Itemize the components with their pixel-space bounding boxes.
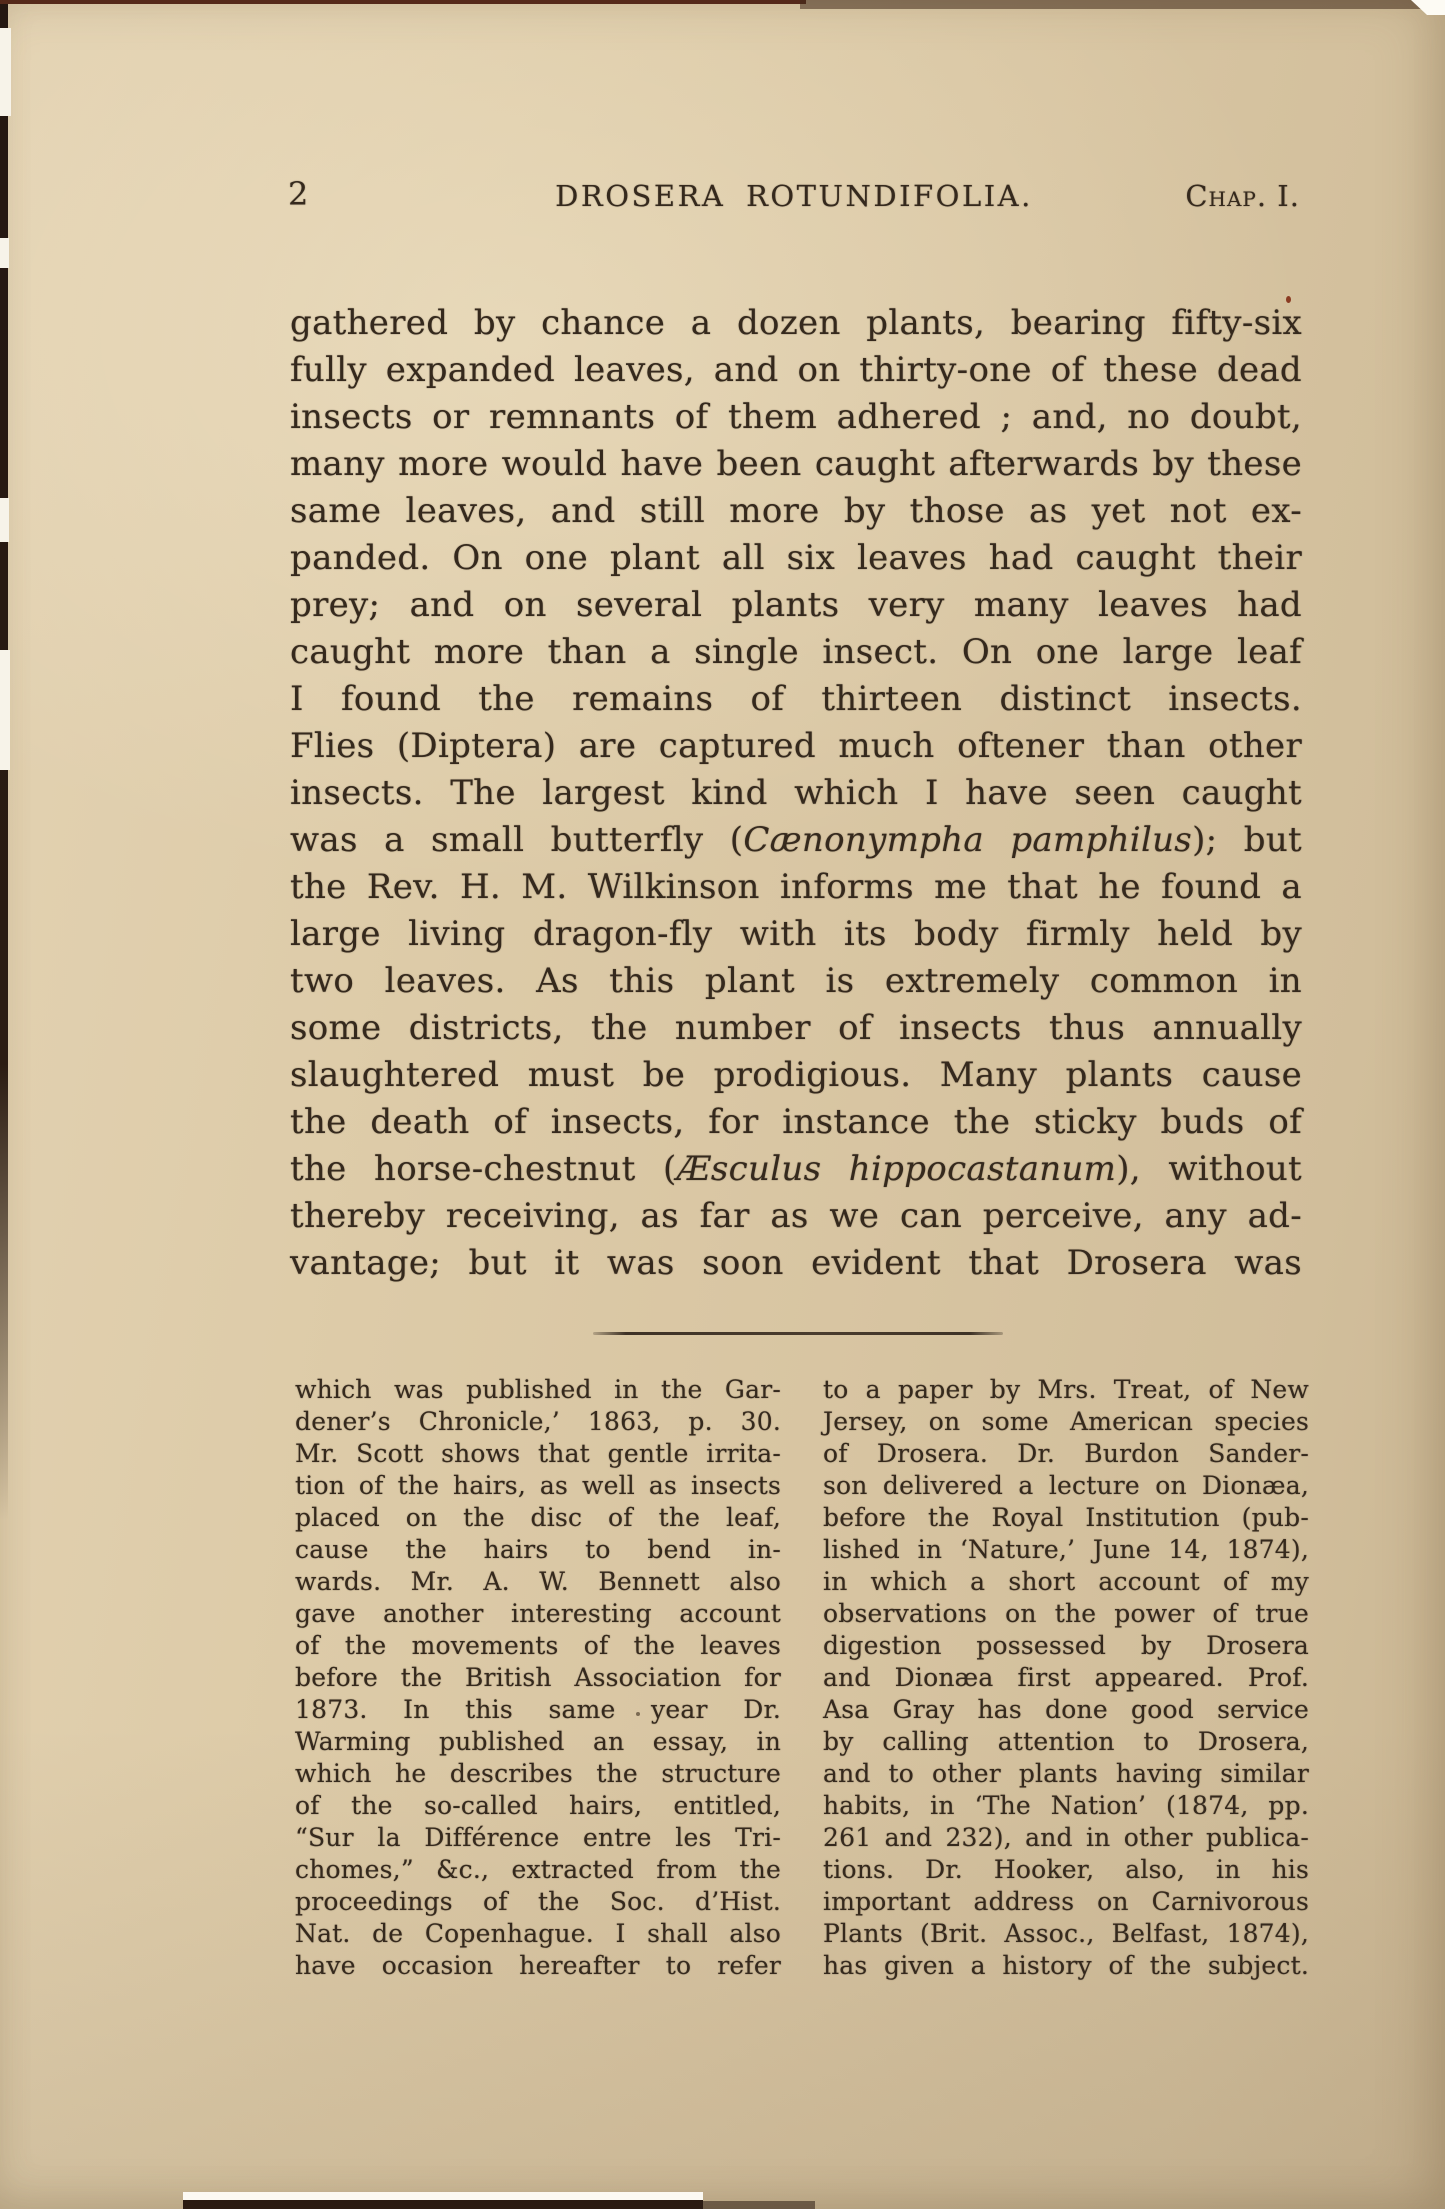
main-paragraph: gathered by chance a dozen plants, beari…	[290, 300, 1302, 1287]
text-line: by calling attention to Drosera,	[823, 1726, 1309, 1758]
text-line: dener’s Chronicle,’ 1863, p. 30.	[295, 1406, 781, 1438]
text-line: tions. Dr. Hooker, also, in his	[823, 1854, 1309, 1886]
text-line: the horse-chestnut (Æsculus hippocastanu…	[290, 1146, 1302, 1193]
chapter-label: Chap. I.	[1185, 178, 1300, 214]
text-line: the Rev. H. M. Wilkinson informs me that…	[290, 864, 1302, 911]
text-line: lished in ‘Nature,’ June 14, 1874),	[823, 1534, 1309, 1566]
footnote-separator	[593, 1332, 1003, 1335]
text-line: Asa Gray has done good service	[823, 1694, 1309, 1726]
text-line: digestion possessed by Drosera	[823, 1630, 1309, 1662]
text-line: caught more than a single insect. On one…	[290, 629, 1302, 676]
text-line: Nat. de Copenhague. I shall also	[295, 1918, 781, 1950]
book-page-scan: 2 DROSERA ROTUNDIFOLIA. Chap. I. gathere…	[0, 0, 1445, 2209]
text-line: observations on the power of true	[823, 1598, 1309, 1630]
text-line: son delivered a lecture on Dionæa,	[823, 1470, 1309, 1502]
text-line: many more would have been caught afterwa…	[290, 441, 1302, 488]
footnote: which was published in the Gar-dener’s C…	[295, 1374, 1309, 1982]
scan-edge-gap	[0, 238, 9, 268]
text-line: cause the hairs to bend in-	[295, 1534, 781, 1566]
scan-edge-top-right	[800, 0, 1445, 9]
text-line: some districts, the number of insects th…	[290, 1005, 1302, 1052]
text-line: chomes,” &c., extracted from the	[295, 1854, 781, 1886]
running-title: DROSERA ROTUNDIFOLIA.	[555, 178, 1033, 214]
text-line: Flies (Diptera) are captured much oftene…	[290, 723, 1302, 770]
text-line: and to other plants having similar	[823, 1758, 1309, 1790]
text-line: slaughtered must be prodigious. Many pla…	[290, 1052, 1302, 1099]
text-line: tion of the hairs, as well as insects	[295, 1470, 781, 1502]
text-line: habits, in ‘The Nation’ (1874, pp.	[823, 1790, 1309, 1822]
text-line: 1873. In this same year Dr.	[295, 1694, 781, 1726]
text-line: has given a history of the subject.	[823, 1950, 1309, 1982]
text-line: large living dragon-fly with its body fi…	[290, 911, 1302, 958]
text-line: and Dionæa first appeared. Prof.	[823, 1662, 1309, 1694]
footnote-left-column: which was published in the Gar-dener’s C…	[295, 1374, 781, 1982]
text-line: of the so-called hairs, entitled,	[295, 1790, 781, 1822]
text-line: Warming published an essay, in	[295, 1726, 781, 1758]
text-line: of the movements of the leaves	[295, 1630, 781, 1662]
text-line: insects. The largest kind which I have s…	[290, 770, 1302, 817]
scan-edge-bottom-dark	[183, 2200, 703, 2209]
text-line: two leaves. As this plant is extremely c…	[290, 958, 1302, 1005]
text-line: placed on the disc of the leaf,	[295, 1502, 781, 1534]
text-line: panded. On one plant all six leaves had …	[290, 535, 1302, 582]
text-line: Mr. Scott shows that gentle irrita-	[295, 1438, 781, 1470]
running-head: 2 DROSERA ROTUNDIFOLIA. Chap. I.	[288, 176, 1300, 216]
text-line: which he describes the structure	[295, 1758, 781, 1790]
text-line: vantage; but it was soon evident that Dr…	[290, 1240, 1302, 1287]
text-line: same leaves, and still more by those as …	[290, 488, 1302, 535]
scan-edge-gap	[0, 498, 9, 542]
scan-speck	[1286, 296, 1291, 303]
text-line: which was published in the Gar-	[295, 1374, 781, 1406]
text-line: to a paper by Mrs. Treat, of New	[823, 1374, 1309, 1406]
text-line: the death of insects, for instance the s…	[290, 1099, 1302, 1146]
scan-edge-gap	[0, 650, 10, 770]
scan-edge-top	[0, 0, 806, 4]
text-line: insects or remnants of them adhered ; an…	[290, 394, 1302, 441]
scan-speck	[636, 1712, 640, 1716]
text-line: was a small butterfly (Cænonympha pamphi…	[290, 817, 1302, 864]
text-line: gave another interesting account	[295, 1598, 781, 1630]
page-number: 2	[288, 176, 308, 212]
text-line: prey; and on several plants very many le…	[290, 582, 1302, 629]
scan-edge-gap	[0, 28, 11, 116]
text-line: gathered by chance a dozen plants, beari…	[290, 300, 1302, 347]
text-line: before the Royal Institution (pub-	[823, 1502, 1309, 1534]
text-line: before the British Association for	[295, 1662, 781, 1694]
text-line: “Sur la Différence entre les Tri-	[295, 1822, 781, 1854]
text-line: of Drosera. Dr. Burdon Sander-	[823, 1438, 1309, 1470]
text-line: in which a short account of my	[823, 1566, 1309, 1598]
scan-edge-bottom-dark	[700, 2201, 815, 2209]
text-line: important address on Carnivorous	[823, 1886, 1309, 1918]
footnote-right-column: to a paper by Mrs. Treat, of NewJersey, …	[823, 1374, 1309, 1982]
text-line: fully expanded leaves, and on thirty-one…	[290, 347, 1302, 394]
text-line: wards. Mr. A. W. Bennett also	[295, 1566, 781, 1598]
text-line: proceedings of the Soc. d’Hist.	[295, 1886, 781, 1918]
text-line: Plants (Brit. Assoc., Belfast, 1874),	[823, 1918, 1309, 1950]
text-line: have occasion hereafter to refer	[295, 1950, 781, 1982]
text-line: 261 and 232), and in other publica-	[823, 1822, 1309, 1854]
text-line: I found the remains of thirteen distinct…	[290, 676, 1302, 723]
text-line: Jersey, on some American species	[823, 1406, 1309, 1438]
text-line: thereby receiving, as far as we can perc…	[290, 1193, 1302, 1240]
